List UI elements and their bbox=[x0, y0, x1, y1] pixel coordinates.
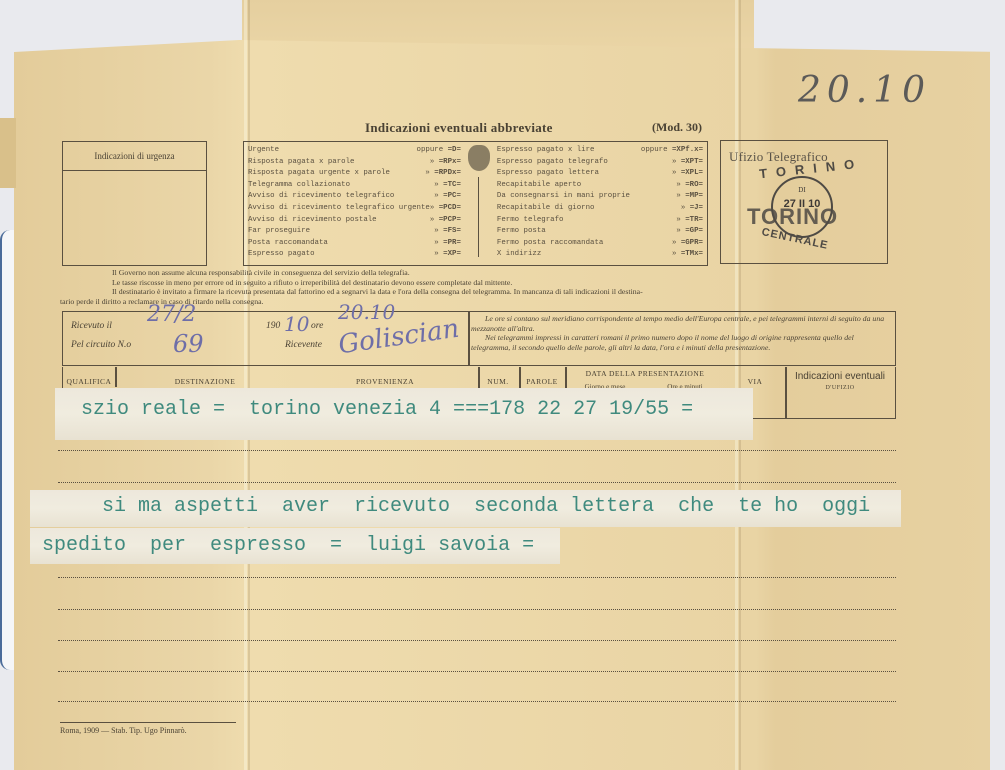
stamp-city: TORINO bbox=[747, 204, 838, 230]
writing-line bbox=[58, 482, 896, 483]
received-date-handwritten: 27/2 bbox=[147, 302, 196, 327]
abbr-row: Espresso pagato lettera» =XPL= bbox=[497, 168, 703, 180]
abbreviations-title: Indicazioni eventuali abbreviate bbox=[365, 120, 553, 136]
binder-edge bbox=[0, 230, 14, 670]
abbr-row: X indirizz» =TMx= bbox=[497, 249, 703, 261]
notice-line: Le tasse riscosse in meno per errore od … bbox=[60, 278, 905, 288]
urgency-label: Indicazioni di urgenza bbox=[63, 142, 206, 171]
col-via: VIA bbox=[725, 377, 785, 386]
notice-line: Il Governo non assume alcuna responsabil… bbox=[60, 268, 905, 278]
abbr-row: Urgenteoppure =D= bbox=[248, 145, 461, 157]
year-prefix: 190 bbox=[266, 321, 280, 331]
abbr-row: Far proseguire» =FS= bbox=[248, 226, 461, 238]
receiver-label: Ricevente bbox=[285, 340, 322, 350]
message-tape-line-1: si ma aspetti aver ricevuto seconda lett… bbox=[30, 490, 901, 527]
abbr-row: Avviso di ricevimento telegrafico» =PC= bbox=[248, 191, 461, 203]
reception-box: Ricevuto il 27/2 Pel circuito N.o 69 190… bbox=[62, 311, 896, 366]
time-info-text: Le ore si contano sul meridiano corrispo… bbox=[471, 314, 891, 352]
writing-line bbox=[58, 609, 896, 610]
col-data-presentazione: DATA DELLA PRESENTAZIONE bbox=[565, 369, 725, 378]
abbr-row: Risposta pagata urgente x parole» =RPDx= bbox=[248, 168, 461, 180]
abbr-row: Recapitabile di giorno» =J= bbox=[497, 203, 703, 215]
col-qualifica: QUALIFICA bbox=[63, 377, 115, 386]
abbr-row: Fermo posta» =GP= bbox=[497, 226, 703, 238]
hour-handwritten: 20.10 bbox=[338, 300, 395, 324]
writing-line bbox=[58, 577, 896, 578]
col-indicazioni: Indicazioni eventuali bbox=[785, 371, 895, 382]
abbreviations-table: Urgenteoppure =D= Risposta pagata x paro… bbox=[243, 141, 708, 266]
writing-line bbox=[58, 450, 896, 451]
reception-divider bbox=[468, 312, 470, 365]
abbr-row: Risposta pagata x parole» =RPx= bbox=[248, 157, 461, 169]
bracket-line bbox=[478, 177, 479, 257]
abbreviations-right-column: Espresso pagato x lireoppure =XPf.x= Esp… bbox=[493, 142, 707, 265]
year-handwritten: 10 bbox=[284, 312, 309, 336]
notice-line: Il destinatario è invitato a firmare la … bbox=[60, 287, 905, 297]
writing-line bbox=[58, 640, 896, 641]
abbr-row: Avviso di ricevimento postale» =PCP= bbox=[248, 215, 461, 227]
abbr-row: Recapitabile aperto» =RO= bbox=[497, 180, 703, 192]
abbr-row: Espresso pagato» =XP= bbox=[248, 249, 461, 261]
abbr-row: Telegramma collazionato» =TC= bbox=[248, 180, 461, 192]
urgency-box: Indicazioni di urgenza bbox=[62, 141, 207, 266]
telegram-header-tape: szio reale = torino venezia 4 ===178 22 … bbox=[55, 388, 753, 440]
crest-column bbox=[465, 142, 493, 265]
telegraph-office-box: Ufizio Telegrafico TORINO DI 27 II 10 TO… bbox=[720, 140, 888, 264]
printer-imprint: Roma, 1909 — Stab. Tip. Ugo Pinnarò. bbox=[60, 726, 187, 735]
abbr-row: Avviso di ricevimento telegrafico urgent… bbox=[248, 203, 461, 215]
abbr-row: Fermo telegrafo» =TR= bbox=[497, 215, 703, 227]
circuit-number-handwritten: 69 bbox=[173, 330, 204, 358]
message-tape-line-2: spedito per espresso = luigi savoia = bbox=[30, 528, 560, 564]
legal-notice: Il Governo non assume alcuna responsabil… bbox=[60, 268, 905, 306]
circuit-label: Pel circuito N.o bbox=[71, 340, 131, 350]
col-ufizio: D'UFIZIO bbox=[785, 385, 895, 391]
left-tape-scrap bbox=[0, 118, 16, 188]
col-num: NUM. bbox=[478, 377, 518, 386]
abbr-row: Fermo posta raccomandata» =GPR= bbox=[497, 238, 703, 250]
abbr-row: Espresso pagato x lireoppure =XPf.x= bbox=[497, 145, 703, 157]
abbr-row: Espresso pagato telegrafo» =XPT= bbox=[497, 157, 703, 169]
abbreviations-left-column: Urgenteoppure =D= Risposta pagata x paro… bbox=[244, 142, 465, 265]
abbr-row: Posta raccomandata» =PR= bbox=[248, 238, 461, 250]
imprint-rule bbox=[60, 722, 236, 723]
hour-label: ore bbox=[311, 321, 323, 331]
col-provenienza: PROVENIENZA bbox=[295, 377, 475, 386]
writing-line bbox=[58, 671, 896, 672]
stamp-di: DI bbox=[773, 186, 831, 194]
abbr-row: Da consegnarsi in mani proprie» =MP= bbox=[497, 191, 703, 203]
royal-crest-icon bbox=[468, 145, 490, 171]
pencil-note: 20.10 bbox=[798, 70, 931, 111]
col-parole: PAROLE bbox=[519, 377, 565, 386]
model-label: (Mod. 30) bbox=[652, 120, 702, 135]
col-destinazione: DESTINAZIONE bbox=[115, 377, 295, 386]
received-label: Ricevuto il bbox=[71, 321, 112, 331]
writing-line bbox=[58, 701, 896, 702]
